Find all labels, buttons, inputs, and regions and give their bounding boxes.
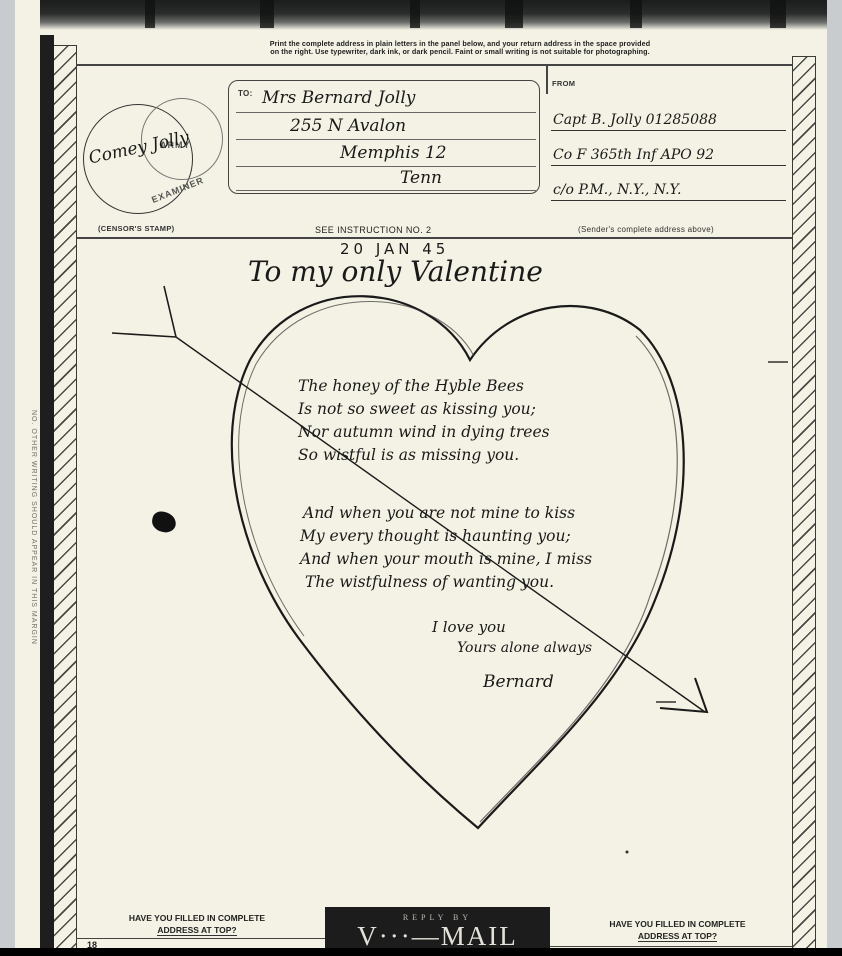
footer-left-rule [76, 938, 326, 939]
footer-left-q-line2: ADDRESS AT TOP? [157, 925, 236, 936]
arrow-fletching [112, 286, 176, 337]
poem-line-3: Nor autumn wind in dying trees [298, 421, 550, 444]
poem-line-5: And when you are not mine to kiss [303, 502, 575, 525]
footer-right-question: HAVE YOU FILLED IN COMPLETE ADDRESS AT T… [570, 918, 785, 942]
poem-line-1: The honey of the Hyble Bees [298, 375, 524, 398]
poem-line-2: Is not so sweet as kissing you; [298, 398, 536, 421]
closing-love: I love you [432, 618, 506, 636]
poem-line-7: And when your mouth is mine, I miss [300, 548, 592, 571]
footer-left-question: HAVE YOU FILLED IN COMPLETE ADDRESS AT T… [92, 912, 302, 936]
closing-yours: Yours alone always [457, 640, 592, 656]
footer-right-q-line2: ADDRESS AT TOP? [638, 931, 717, 942]
reply-by-vmail-banner: REPLY BY V···—MAIL [325, 907, 550, 952]
poem-line-6: My every thought is haunting you; [300, 525, 571, 548]
footer-right-rule [550, 946, 792, 947]
poem-line-4: So wistful is as missing you. [298, 444, 519, 467]
bottom-edge [0, 948, 842, 956]
footer-right-q-line1: HAVE YOU FILLED IN COMPLETE [570, 918, 785, 930]
arrow-head [660, 678, 707, 712]
footer-left-q-line1: HAVE YOU FILLED IN COMPLETE [92, 912, 302, 924]
letter-signature: Bernard [483, 672, 554, 692]
poem-line-8: The wistfulness of wanting you. [305, 571, 554, 594]
vmail-title: V···—MAIL [325, 921, 550, 951]
heart-and-arrow-drawing [0, 0, 842, 956]
